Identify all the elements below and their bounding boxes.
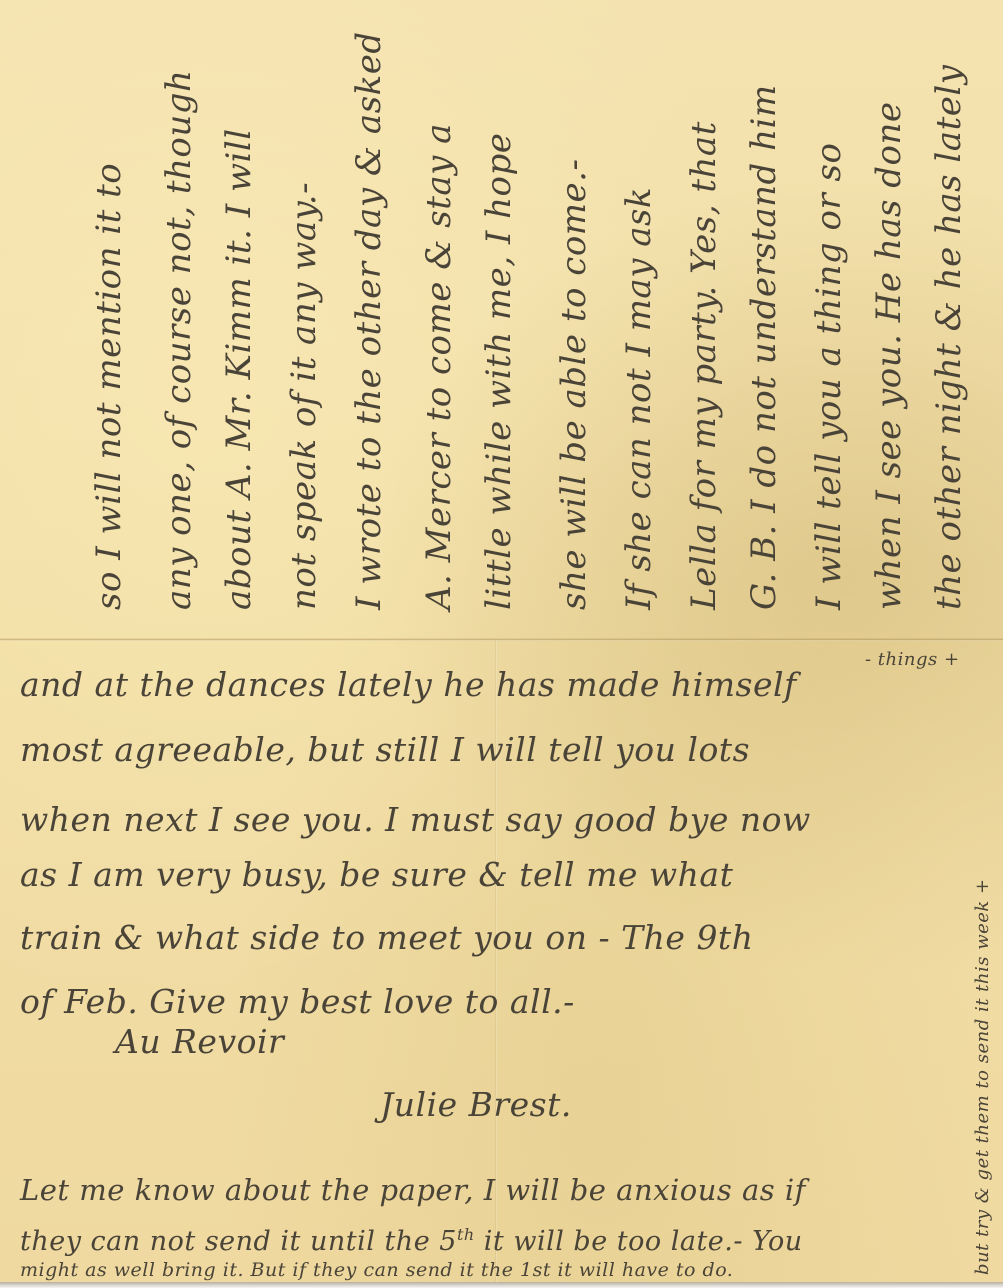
rotated-line: the other night & he has lately bbox=[920, 65, 978, 610]
main-line: when next I see you. I must say good bye… bbox=[20, 800, 811, 840]
superscript-th: th bbox=[457, 1225, 475, 1244]
rotated-text-section: so I will not mention it to any one, of … bbox=[10, 0, 1003, 640]
rotated-line: so I will not mention it to bbox=[80, 163, 138, 610]
signature: Julie Brest. bbox=[380, 1085, 572, 1125]
rotated-line: she will be able to come.- bbox=[545, 159, 603, 610]
rotated-line: about A. Mr. Kimm it. I will bbox=[210, 128, 268, 610]
rotated-line: little while with me, I hope bbox=[470, 133, 528, 610]
closing: Au Revoir bbox=[115, 1022, 284, 1062]
main-line: and at the dances lately he has made him… bbox=[20, 665, 797, 705]
postscript-line: might as well bring it. But if they can … bbox=[20, 1250, 733, 1282]
rotated-line: G. B. I do not understand him bbox=[735, 84, 793, 610]
rotated-line: when I see you. He has done bbox=[860, 101, 918, 610]
postscript-line: Let me know about the paper, I will be a… bbox=[20, 1170, 806, 1210]
rotated-line: any one, of course not, though bbox=[150, 70, 208, 610]
main-line: of Feb. Give my best love to all.- bbox=[20, 982, 575, 1022]
rotated-line: I will tell you a thing or so bbox=[800, 143, 858, 610]
rotated-line: A. Mercer to come & stay a bbox=[410, 123, 468, 610]
main-line: train & what side to meet you on - The 9… bbox=[20, 918, 753, 958]
letter-page: so I will not mention it to any one, of … bbox=[0, 0, 1003, 1282]
rotated-line: Lella for my party. Yes, that bbox=[675, 121, 733, 610]
insertion-above-line: - things + bbox=[865, 640, 960, 680]
rotated-line: I wrote to the other day & asked bbox=[340, 31, 398, 610]
rotated-line: not speak of it any way.- bbox=[275, 182, 333, 610]
main-line: as I am very busy, be sure & tell me wha… bbox=[20, 855, 733, 895]
rotated-line: If she can not I may ask bbox=[610, 187, 668, 610]
margin-note: but try & get them to send it this week … bbox=[972, 878, 993, 1275]
main-line: most agreeable, but still I will tell yo… bbox=[20, 730, 750, 770]
page-bottom-edge bbox=[0, 1282, 1003, 1288]
